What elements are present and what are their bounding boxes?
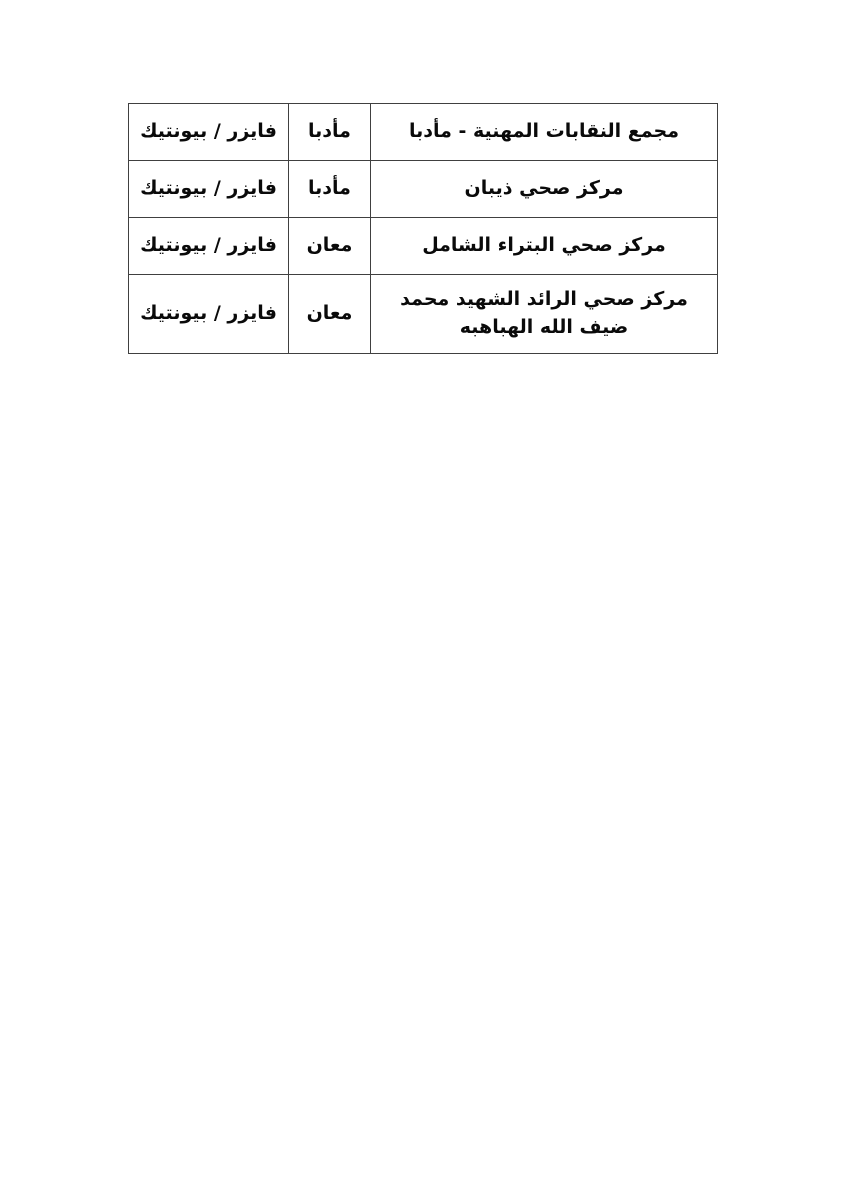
table-row: مجمع النقابات المهنية - مأدبا مأدبا فايز… (129, 104, 718, 161)
vaccine-cell: فايزر / بيونتيك (129, 275, 289, 354)
health-center-cell: مركز صحي البتراء الشامل (371, 218, 718, 275)
health-center-cell: مجمع النقابات المهنية - مأدبا (371, 104, 718, 161)
vaccine-cell: فايزر / بيونتيك (129, 218, 289, 275)
vaccine-cell: فايزر / بيونتيك (129, 104, 289, 161)
table-row: مركز صحي البتراء الشامل معان فايزر / بيو… (129, 218, 718, 275)
governorate-cell: مأدبا (289, 161, 371, 218)
health-center-cell: مركز صحي الرائد الشهيد محمد ضيف الله اله… (371, 275, 718, 354)
vaccine-cell: فايزر / بيونتيك (129, 161, 289, 218)
document-page: مجمع النقابات المهنية - مأدبا مأدبا فايز… (0, 0, 850, 1193)
governorate-cell: معان (289, 275, 371, 354)
table-row: مركز صحي الرائد الشهيد محمد ضيف الله اله… (129, 275, 718, 354)
table-row: مركز صحي ذيبان مأدبا فايزر / بيونتيك (129, 161, 718, 218)
governorate-cell: مأدبا (289, 104, 371, 161)
health-center-cell: مركز صحي ذيبان (371, 161, 718, 218)
vaccination-centers-table: مجمع النقابات المهنية - مأدبا مأدبا فايز… (128, 103, 718, 354)
governorate-cell: معان (289, 218, 371, 275)
